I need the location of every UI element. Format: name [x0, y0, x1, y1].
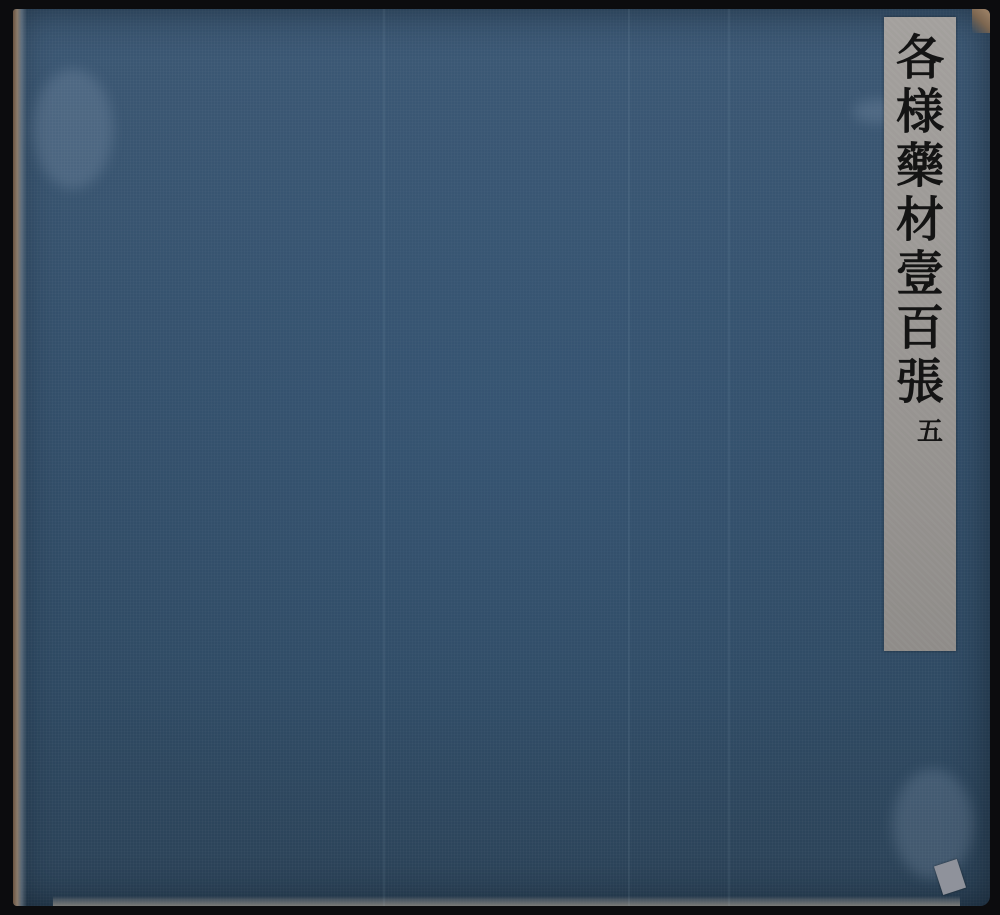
fabric-crease: [628, 9, 630, 906]
title-char: 壹: [896, 247, 944, 301]
worn-bottom-edge: [53, 896, 960, 906]
title-label: 各 様 藥 材 壹 百 張 五: [884, 17, 956, 651]
worn-top-right-corner: [972, 9, 990, 33]
fabric-crease: [728, 9, 730, 906]
wear-spot: [893, 769, 973, 879]
title-char: 藥: [896, 139, 944, 193]
title-char: 様: [896, 85, 944, 139]
title-char: 各: [896, 31, 944, 85]
worn-left-edge: [13, 9, 27, 906]
fabric-crease: [383, 9, 385, 906]
title-char: 材: [896, 193, 944, 247]
title-char: 張: [896, 355, 944, 409]
title-text: 各 様 藥 材 壹 百 張 五: [884, 31, 956, 448]
volume-number: 五: [917, 411, 943, 448]
book-cover: [13, 9, 990, 906]
title-char: 百: [896, 301, 944, 355]
wear-spot: [33, 69, 113, 189]
